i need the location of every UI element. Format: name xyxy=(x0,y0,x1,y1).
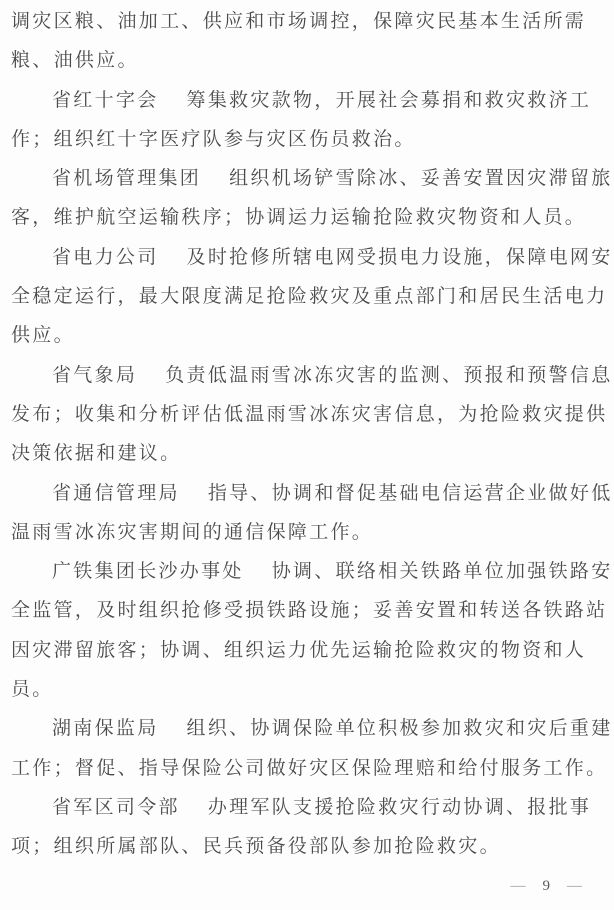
text-line: 作；组织红十字医疗队参与灾区伤员救治。 xyxy=(11,120,611,159)
text-line: 调灾区粮、油加工、供应和市场调控，保障灾民基本生活所需 xyxy=(11,2,611,41)
line-text: 全稳定运行，最大限度满足抢险救灾及重点部门和居民生活电力 xyxy=(11,286,607,307)
text-line: 省机场管理集团组织机场铲雪除冰、妥善安置因灾滞留旅 xyxy=(11,159,611,198)
department-name: 省电力公司 xyxy=(52,247,159,268)
text-line: 项；组织所属部队、民兵预备役部队参加抢险救灾。 xyxy=(11,827,611,866)
text-line: 温雨雪冰冻灾害期间的通信保障工作。 xyxy=(11,513,611,552)
text-line: 供应。 xyxy=(11,316,611,355)
line-text: 客，维护航空运输秩序；协调运力运输抢险救灾物资和人员。 xyxy=(11,207,586,228)
text-line: 省气象局负责低温雨雪冰冻灾害的监测、预报和预警信息 xyxy=(11,356,611,395)
text-line: 粮、油供应。 xyxy=(11,41,611,80)
line-text: 供应。 xyxy=(11,325,75,346)
document-body: 调灾区粮、油加工、供应和市场调控，保障灾民基本生活所需粮、油供应。省红十字会筹集… xyxy=(11,2,611,867)
line-text: 工作；督促、指导保险公司做好灾区保险理赔和给付服务工作。 xyxy=(11,758,607,779)
line-text: 项；组织所属部队、民兵预备役部队参加抢险救灾。 xyxy=(11,836,501,857)
department-name: 省军区司令部 xyxy=(52,797,180,818)
text-line: 因灾滞留旅客；协调、组织运力优先运输抢险救灾的物资和人 xyxy=(11,631,611,670)
text-line: 工作；督促、指导保险公司做好灾区保险理赔和给付服务工作。 xyxy=(11,749,611,788)
line-text: 及时抢修所辖电网受损电力设施，保障电网安 xyxy=(187,247,613,268)
text-line: 发布；收集和分析评估低温雨雪冰冻灾害信息，为抢险救灾提供 xyxy=(11,395,611,434)
department-name: 省通信管理局 xyxy=(52,483,180,504)
text-line: 省红十字会筹集救灾款物，开展社会募捐和救灾救济工 xyxy=(11,81,611,120)
document-page: 调灾区粮、油加工、供应和市场调控，保障灾民基本生活所需粮、油供应。省红十字会筹集… xyxy=(0,0,614,910)
line-text: 组织、协调保险单位积极参加救灾和灾后重建 xyxy=(187,718,613,739)
line-text: 指导、协调和督促基础电信运营企业做好低 xyxy=(208,483,613,504)
line-text: 粮、油供应。 xyxy=(11,50,139,71)
text-line: 全稳定运行，最大限度满足抢险救灾及重点部门和居民生活电力 xyxy=(11,277,611,316)
line-text: 决策依据和建议。 xyxy=(11,443,181,464)
text-line: 省电力公司及时抢修所辖电网受损电力设施，保障电网安 xyxy=(11,238,611,277)
page-number-dash-left: — xyxy=(511,878,526,895)
department-name: 广铁集团长沙办事处 xyxy=(52,561,244,582)
text-line: 广铁集团长沙办事处协调、联络相关铁路单位加强铁路安 xyxy=(11,552,611,591)
department-name: 省气象局 xyxy=(52,365,137,386)
line-text: 筹集救灾款物，开展社会募捐和救灾救济工 xyxy=(187,90,592,111)
line-text: 温雨雪冰冻灾害期间的通信保障工作。 xyxy=(11,522,373,543)
text-line: 员。 xyxy=(11,670,611,709)
line-text: 组织机场铲雪除冰、妥善安置因灾滞留旅 xyxy=(229,168,612,189)
text-line: 决策依据和建议。 xyxy=(11,434,611,473)
text-line: 省军区司令部办理军队支援抢险救灾行动协调、报批事 xyxy=(11,788,611,827)
department-name: 湖南保监局 xyxy=(52,718,159,739)
line-text: 发布；收集和分析评估低温雨雪冰冻灾害信息，为抢险救灾提供 xyxy=(11,404,607,425)
text-line: 省通信管理局指导、协调和督促基础电信运营企业做好低 xyxy=(11,474,611,513)
text-line: 湖南保监局组织、协调保险单位积极参加救灾和灾后重建 xyxy=(11,709,611,748)
department-name: 省机场管理集团 xyxy=(52,168,201,189)
line-text: 全监管，及时组织抢修受损铁路设施；妥善安置和转送各铁路站 xyxy=(11,600,607,621)
paragraph: 广铁集团长沙办事处协调、联络相关铁路单位加强铁路安全监管，及时组织抢修受损铁路设… xyxy=(11,552,611,709)
page-number-dash-right: — xyxy=(567,878,582,895)
department-name: 省红十字会 xyxy=(52,90,159,111)
page-footer: — 9 — xyxy=(511,876,583,896)
text-line: 客，维护航空运输秩序；协调运力运输抢险救灾物资和人员。 xyxy=(11,198,611,237)
paragraph: 调灾区粮、油加工、供应和市场调控，保障灾民基本生活所需粮、油供应。 xyxy=(11,2,611,81)
line-text: 办理军队支援抢险救灾行动协调、报批事 xyxy=(208,797,591,818)
line-text: 调灾区粮、油加工、供应和市场调控，保障灾民基本生活所需 xyxy=(11,11,586,32)
paragraph: 省军区司令部办理军队支援抢险救灾行动协调、报批事项；组织所属部队、民兵预备役部队… xyxy=(11,788,611,867)
text-line: 全监管，及时组织抢修受损铁路设施；妥善安置和转送各铁路站 xyxy=(11,591,611,630)
page-number: 9 xyxy=(543,878,551,895)
line-text: 协调、联络相关铁路单位加强铁路安 xyxy=(272,561,613,582)
paragraph: 省机场管理集团组织机场铲雪除冰、妥善安置因灾滞留旅客，维护航空运输秩序；协调运力… xyxy=(11,159,611,238)
paragraph: 省气象局负责低温雨雪冰冻灾害的监测、预报和预警信息发布；收集和分析评估低温雨雪冰… xyxy=(11,356,611,474)
paragraph: 省通信管理局指导、协调和督促基础电信运营企业做好低温雨雪冰冻灾害期间的通信保障工… xyxy=(11,474,611,553)
paragraph: 省电力公司及时抢修所辖电网受损电力设施，保障电网安全稳定运行，最大限度满足抢险救… xyxy=(11,238,611,356)
line-text: 因灾滞留旅客；协调、组织运力优先运输抢险救灾的物资和人 xyxy=(11,640,586,661)
line-text: 作；组织红十字医疗队参与灾区伤员救治。 xyxy=(11,129,416,150)
paragraph: 湖南保监局组织、协调保险单位积极参加救灾和灾后重建工作；督促、指导保险公司做好灾… xyxy=(11,709,611,788)
line-text: 员。 xyxy=(11,679,54,700)
paragraph: 省红十字会筹集救灾款物，开展社会募捐和救灾救济工作；组织红十字医疗队参与灾区伤员… xyxy=(11,81,611,160)
line-text: 负责低温雨雪冰冻灾害的监测、预报和预警信息 xyxy=(165,365,612,386)
